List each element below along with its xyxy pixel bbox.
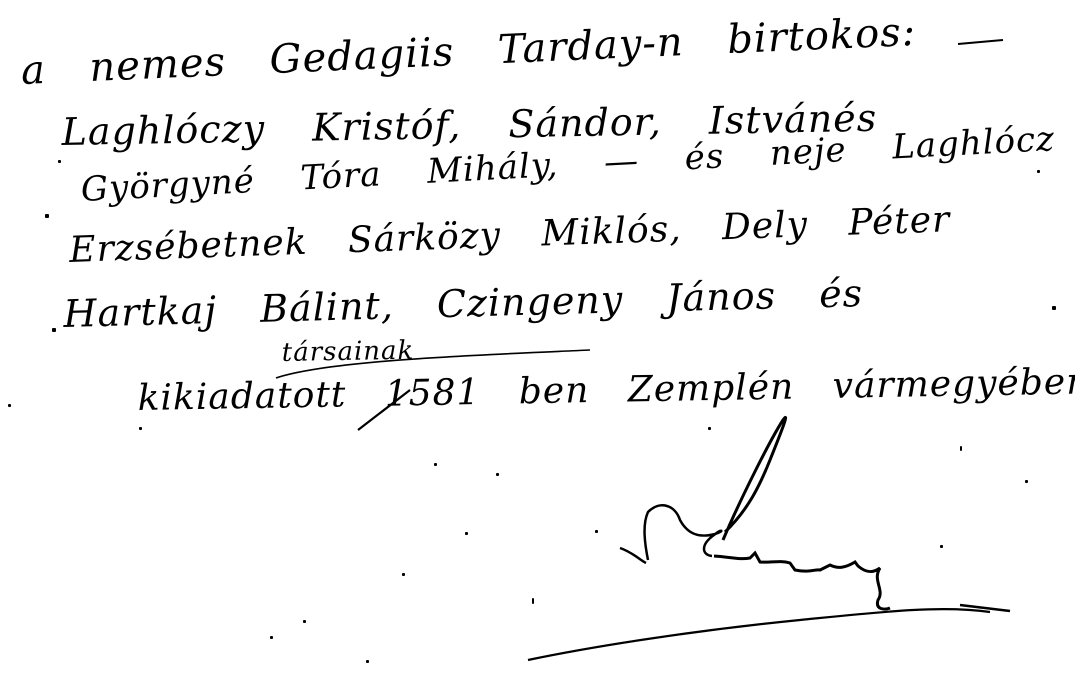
scan-speckle — [58, 160, 61, 163]
scan-speckle — [434, 463, 437, 466]
scan-speckle — [8, 404, 11, 407]
scan-speckle — [45, 214, 49, 218]
manuscript-line-7: kikiadatott 1581 ben Zemplén vármegyében… — [137, 361, 1075, 419]
scan-speckle — [465, 532, 468, 535]
scan-speckle — [1052, 306, 1056, 310]
manuscript-line-6: társainak — [281, 336, 414, 368]
manuscript-line-5: Hartkaj Bálint, Czingeny János és — [63, 271, 864, 336]
scan-speckle — [532, 598, 534, 604]
scan-speckle — [1025, 480, 1028, 483]
scan-speckle — [139, 427, 142, 430]
scan-speckle — [595, 530, 598, 533]
scan-speckle — [960, 446, 962, 451]
scan-speckle — [270, 636, 273, 639]
scan-speckle — [940, 545, 943, 548]
scan-speckle — [303, 620, 306, 623]
manuscript-line-4: Erzsébetnek Sárközy Miklós, Dely Péter — [69, 199, 951, 271]
scan-speckle — [402, 573, 405, 576]
scan-speckle — [496, 473, 499, 476]
scan-speckle — [366, 660, 369, 663]
manuscript-page: a nemes Gedagiis Tarday-n birtokos: Lagh… — [0, 0, 1075, 679]
manuscript-line-1: a nemes Gedagiis Tarday-n birtokos: — [20, 9, 917, 94]
scan-speckle — [708, 427, 711, 430]
scan-speckle — [1037, 170, 1040, 173]
scan-speckle — [52, 328, 56, 332]
